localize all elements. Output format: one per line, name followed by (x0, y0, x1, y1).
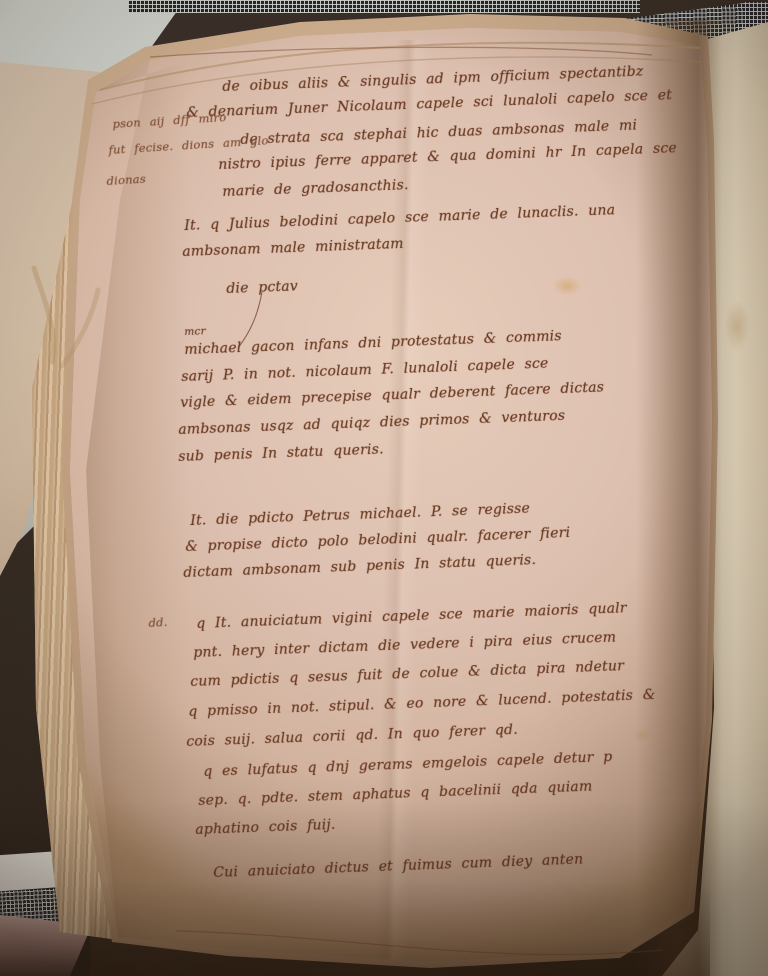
manuscript-line: pnt. hery inter dictam die vedere i pira… (193, 628, 616, 661)
manuscript-line: michael gacon infans dni protestatus & c… (184, 327, 562, 359)
manuscript-line: q pmisso in not. stipul. & eo nore & luc… (188, 686, 656, 721)
manuscript-line: ambsonam male ministratam (182, 235, 404, 261)
marginal-note-line: dionas (106, 170, 146, 190)
manuscript-line: marie de gradosancthis. (222, 176, 409, 201)
manuscript-text: de oibus aliis & singulis ad ipm officiu… (0, 0, 768, 976)
manuscript-line: Cui anuiciato dictus et fuimus cum diey … (213, 850, 584, 882)
manuscript-line: q es lufatus q dnj gerams emgelois capel… (203, 748, 613, 781)
manuscript-line: It. q Julius belodini capelo sce marie d… (184, 201, 616, 235)
manuscript-line: q It. anuiciatum vigini capele sce marie… (196, 599, 627, 633)
manuscript-line: aphatino cois fuij. (195, 816, 336, 839)
manuscript-line: cum pdictis q sesus fuit de colue & dict… (190, 657, 624, 691)
manuscript-line: It. die pdicto Petrus michael. P. se reg… (190, 500, 530, 530)
manuscript-line: sep. q. pdte. stem aphatus q bacelinii q… (198, 778, 593, 810)
manuscript-line: dictam ambsonam sub penis In statu queri… (183, 551, 536, 582)
manuscript-line: cois suij. salua corii qd. In quo ferer … (186, 721, 518, 751)
manuscript-line: die pctav (226, 277, 298, 298)
manuscript-photo: de oibus aliis & singulis ad ipm officiu… (0, 0, 768, 976)
manuscript-line: mcr (184, 322, 206, 341)
manuscript-line: sarij P. in not. nicolaum F. lunaloli ca… (181, 355, 549, 386)
marginal-note-line: dd. (148, 613, 168, 632)
manuscript-line: ambsonas usqz ad quiqz dies primos & ven… (178, 407, 565, 439)
manuscript-line: sub penis In statu queris. (178, 440, 384, 466)
marginal-note-line: pson aij dff miro (112, 108, 227, 133)
